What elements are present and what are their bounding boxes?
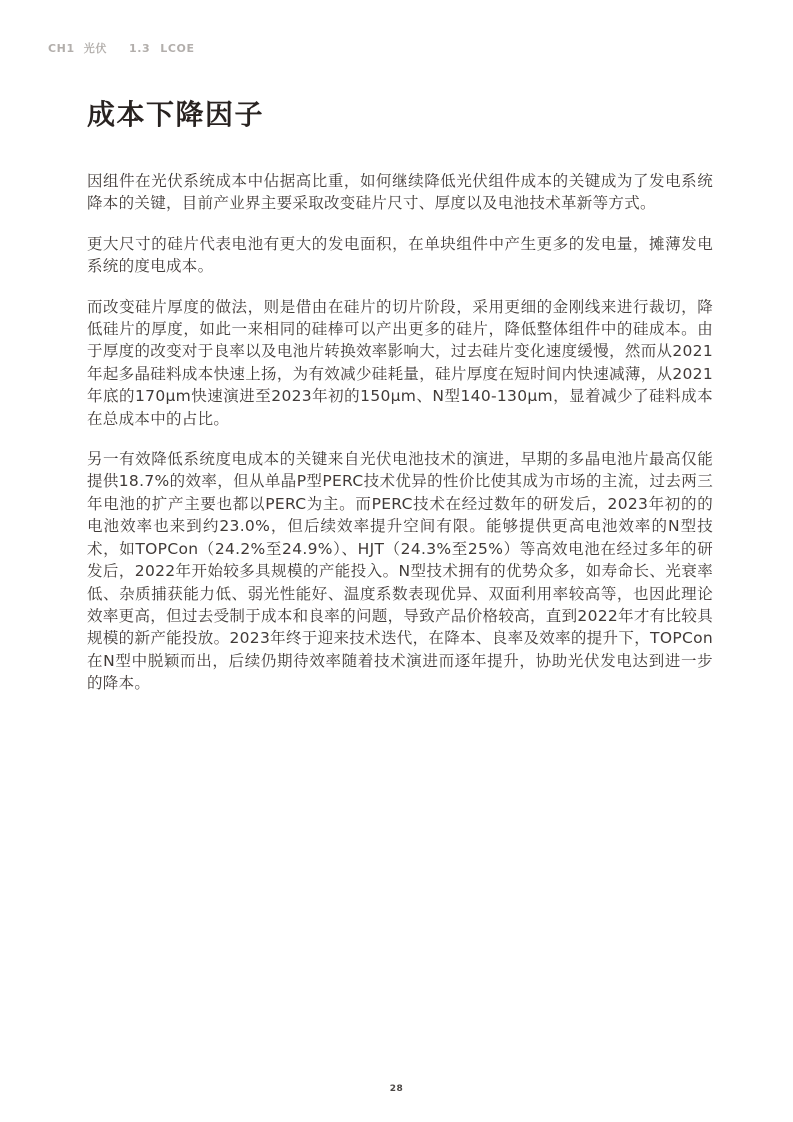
page-title: 成本下降因子 — [87, 96, 713, 134]
paragraph: 因组件在光伏系统成本中佔据高比重，如何继续降低光伏组件成本的关键成为了发电系统降… — [87, 170, 713, 215]
chapter-title: 光伏 — [84, 40, 107, 56]
paragraph: 更大尺寸的硅片代表电池有更大的发电面积，在单块组件中产生更多的发电量，摊薄发电系… — [87, 233, 713, 278]
section-code: 1.3 — [129, 42, 150, 55]
section-title: LCOE — [160, 42, 194, 55]
paragraph: 而改变硅片厚度的做法，则是借由在硅片的切片阶段，采用更细的金刚线来进行裁切，降低… — [87, 296, 713, 430]
content-column: 成本下降因子 因组件在光伏系统成本中佔据高比重，如何继续降低光伏组件成本的关键成… — [87, 96, 713, 695]
page-number: 28 — [0, 1084, 793, 1094]
chapter-code: CH1 — [48, 42, 75, 55]
paragraph: 另一有效降低系统度电成本的关键来自光伏电池技术的演进，早期的多晶电池片最高仅能提… — [87, 448, 713, 694]
document-page: CH1 光伏 1.3 LCOE 成本下降因子 因组件在光伏系统成本中佔据高比重，… — [0, 0, 793, 1122]
running-header: CH1 光伏 1.3 LCOE — [48, 40, 195, 56]
